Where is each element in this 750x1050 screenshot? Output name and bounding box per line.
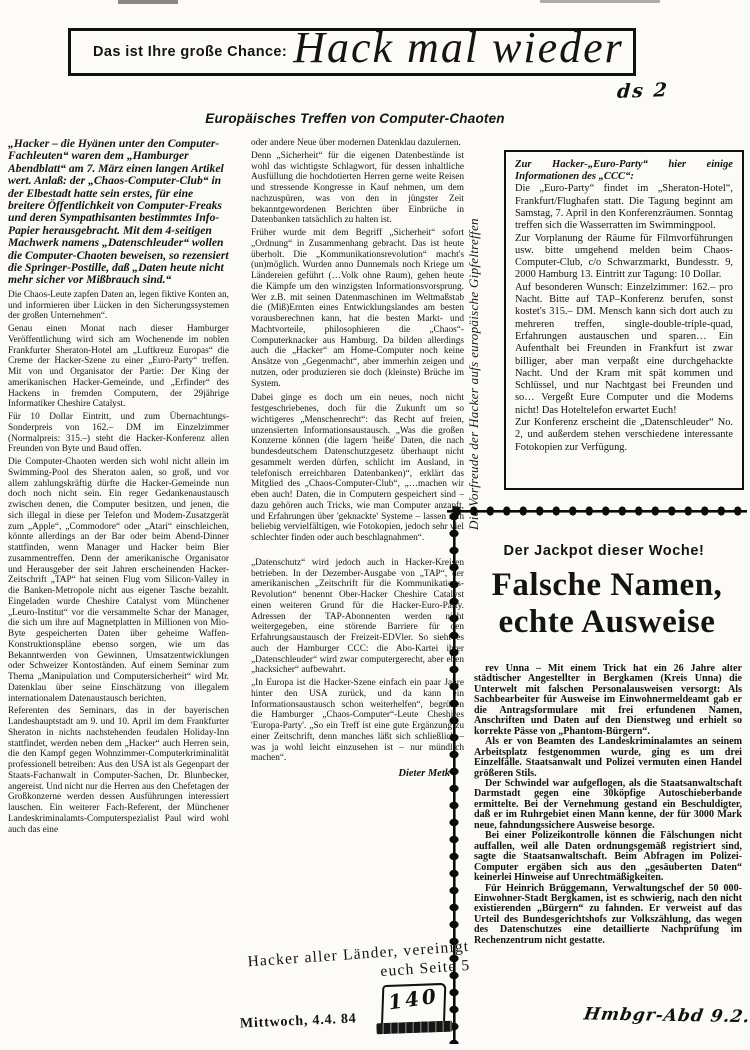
column2-paragraphs: oder andere Neue über modernen Datenklau… (251, 138, 464, 764)
scan-artifact (540, 0, 660, 3)
rotated-side-caption: Die Vorfreude der Hacker aufs europäisch… (466, 138, 496, 530)
header-kicker: Das ist Ihre große Chance: (93, 44, 287, 60)
paragraph: Für 10 Dollar Eintritt, und zum Übernach… (8, 412, 229, 455)
paragraph: rev Unna – Mit einem Trick hat ein 26 Ja… (474, 664, 742, 737)
paragraph: Früher wurde mit dem Begriff „Sicherheit… (251, 228, 464, 389)
author-byline: Dieter Metk (251, 768, 464, 779)
article-subtitle: Europäisches Treffen von Computer-Chaote… (145, 111, 565, 126)
paragraph: Der Schwindel war aufgeflogen, als die S… (474, 779, 742, 831)
paragraph: Zur Konferenz erscheint die „Datenschleu… (515, 417, 733, 454)
paragraph: Die „Euro-Party“ findet im „Sheraton-Hot… (515, 183, 733, 232)
paragraph: Zur Vorplanung der Räume für Filmvorführ… (515, 233, 733, 282)
paragraph: Dabei ginge es doch um ein neues, noch n… (251, 393, 464, 544)
article-column-2: oder andere Neue über modernen Datenklau… (251, 138, 464, 950)
lead-paragraph: „Hacker – die Hyänen unter den Computer-… (8, 138, 229, 287)
handwritten-source-note: Hmbgr-Abd 9.2.84 (582, 1004, 750, 1027)
paragraph: Referenten des Seminars, das in der baye… (8, 706, 229, 835)
page-number-stamp: 140 (375, 983, 453, 1044)
paragraph: Die Computer-Chaoten werden sich wohl ni… (8, 457, 229, 704)
paragraph: „In Europa ist die Hacker-Szene einfach … (251, 678, 464, 764)
info-box-paragraphs: Die „Euro-Party“ findet im „Sheraton-Hot… (515, 183, 733, 454)
article-column-1: „Hacker – die Hyänen unter den Computer-… (8, 138, 229, 1018)
info-box-intro: Zur Hacker-„Euro-Party“ hier einige Info… (515, 159, 733, 183)
paragraph: Denn „Sicherheit“ für die eigenen Datenb… (251, 151, 464, 226)
header-box: Das ist Ihre große Chance: Hack mal wied… (68, 28, 636, 76)
handwritten-note-top: ds 2 (616, 79, 669, 103)
paragraph: Für Heinrich Brüggemann, Verwaltungschef… (474, 884, 742, 947)
paragraph: Als er von Beamten des Landeskriminalamt… (474, 737, 742, 779)
newspaper-page: Das ist Ihre große Chance: Hack mal wied… (0, 0, 750, 1050)
headline-line1: Falsche Namen, (492, 567, 723, 603)
date-line: Mittwoch, 4.4. 84 (240, 1011, 357, 1032)
jackpot-headline: Falsche Namen, echte Ausweise (468, 567, 746, 641)
headline-line2: echte Ausweise (499, 604, 716, 640)
dotted-border-horizontal (447, 504, 747, 518)
column1-paragraphs: Die Chaos-Leute zapfen Daten an, legen f… (8, 290, 229, 836)
computer-stamp-base (376, 1021, 452, 1035)
paragraph: Auf besonderen Wunsch: Einzelzimmer: 162… (515, 282, 733, 417)
ccc-info-box: Zur Hacker-„Euro-Party“ hier einige Info… (504, 150, 744, 490)
paragraph: oder andere Neue über modernen Datenklau… (251, 138, 464, 149)
paragraph: „Datenschutz“ wird jedoch auch in Hacker… (251, 558, 464, 676)
paragraph: Bei einer Polizeikontrolle können die Fä… (474, 831, 742, 883)
lead-text: „Hacker – die Hyänen unter den Computer-… (8, 138, 229, 287)
jackpot-body: rev Unna – Mit einem Trick hat ein 26 Ja… (474, 664, 742, 1044)
paragraph: Die Chaos-Leute zapfen Daten an, legen f… (8, 290, 229, 322)
page-title: Hack mal wieder (286, 22, 631, 73)
jackpot-kicker: Der Jackpot dieser Woche! (478, 543, 730, 559)
paragraph: Genau einen Monat nach dieser Hamburger … (8, 324, 229, 410)
scan-artifact (118, 0, 178, 4)
